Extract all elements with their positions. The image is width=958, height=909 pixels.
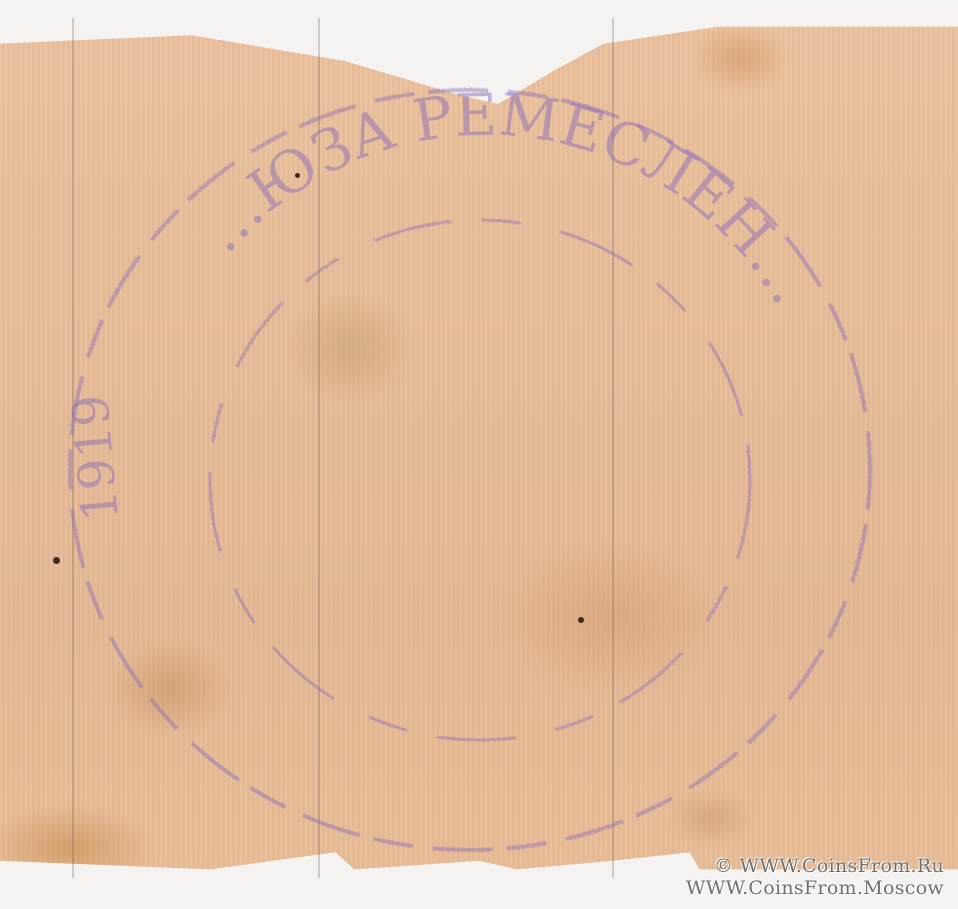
- ink-spot: [295, 173, 300, 178]
- photo-scene: …ЮЗА РЕМЕСЛЕН… 1919 © WWW.CoinsFrom.Ru W…: [0, 0, 958, 909]
- ink-spot: [53, 557, 60, 564]
- stamp-ring-text: …ЮЗА РЕМЕСЛЕН…: [187, 80, 824, 316]
- watermark-line-1: © WWW.CoinsFrom.Ru: [686, 855, 944, 877]
- stamp-year: 1919: [61, 392, 130, 524]
- ink-stamp: …ЮЗА РЕМЕСЛЕН… 1919: [0, 0, 958, 909]
- watermark: © WWW.CoinsFrom.Ru WWW.CoinsFrom.Moscow: [686, 855, 944, 899]
- watermark-line-2: WWW.CoinsFrom.Moscow: [686, 877, 944, 899]
- ink-spot: [578, 617, 584, 623]
